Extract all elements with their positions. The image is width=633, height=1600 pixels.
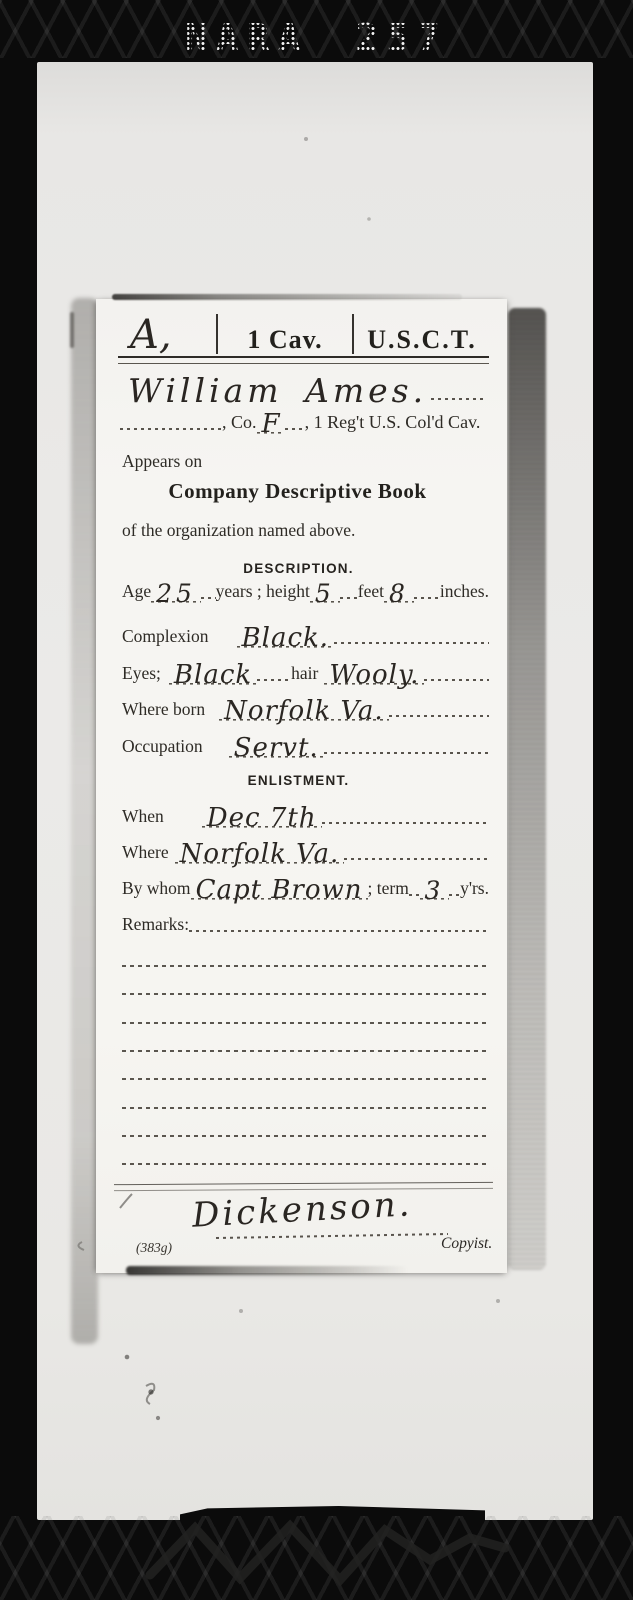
- enlist-by-whom-row: By whom Capt Brown ; term 3 y'rs.: [122, 865, 489, 903]
- card-header: A, 1 Cav. U.S.C.T.: [120, 307, 490, 355]
- age-height-row: Age 25 years ; height 5 feet 8 inches.: [122, 572, 489, 606]
- blank-remark-line: [122, 1050, 489, 1052]
- form-number: (383g): [136, 1240, 172, 1256]
- film-edge-pattern-bottom: [0, 1516, 633, 1600]
- where-label: Where: [122, 842, 169, 867]
- dotted-rule: [340, 597, 358, 599]
- dotted-rule: [389, 715, 489, 717]
- appears-on-label: Appears on: [122, 451, 202, 472]
- by-whom-value: Capt Brown: [191, 877, 368, 903]
- regiment-text: , 1 Reg't U.S. Col'd Cav.: [305, 412, 481, 437]
- eyes-label: Eyes;: [122, 663, 161, 688]
- by-whom-label: By whom: [122, 878, 191, 903]
- copyist-label: Copyist.: [441, 1235, 492, 1253]
- complexion-value: Black.: [237, 625, 335, 651]
- blank-remark-line: [122, 1135, 489, 1137]
- book-subtitle: of the organization named above.: [122, 520, 355, 541]
- where-value: Norfolk Va.: [175, 841, 345, 867]
- card-top-smudge: [112, 294, 462, 300]
- inches-label: inches.: [440, 581, 489, 606]
- where-born-row: Where born Norfolk Va.: [122, 686, 489, 724]
- copyist-signature: Dickenson.: [191, 1187, 413, 1232]
- record-card: A, 1 Cav. U.S.C.T. William Ames. , Co. F…: [96, 299, 507, 1273]
- signature-dotted-rule: [216, 1233, 448, 1239]
- book-title: Company Descriptive Book: [96, 479, 499, 504]
- soldier-name-line: William Ames.: [122, 361, 485, 407]
- page-shadow-left: [71, 298, 98, 1344]
- company-letter: A,: [120, 315, 216, 355]
- occupation-row: Occupation Servt.: [122, 723, 489, 761]
- eyes-value: Black: [169, 662, 257, 688]
- dotted-rule: [201, 597, 216, 599]
- unit-line: , Co. F , 1 Reg't U.S. Col'd Cav.: [120, 407, 489, 437]
- regiment-label: 1 Cav.: [218, 324, 352, 355]
- remarks-row: Remarks:: [122, 909, 489, 939]
- dotted-rule: [189, 930, 489, 932]
- where-born-label: Where born: [122, 699, 205, 724]
- term-unit-label: y'rs.: [460, 878, 489, 903]
- term-label: ; term: [368, 878, 409, 903]
- dotted-rule: [424, 679, 489, 681]
- dotted-rule: [322, 822, 489, 824]
- enlist-where-row: Where Norfolk Va.: [122, 829, 489, 867]
- blank-remark-line: [122, 1107, 489, 1109]
- dotted-rule: [285, 428, 305, 430]
- organization-label: U.S.C.T.: [354, 324, 490, 355]
- age-value: 25: [151, 581, 201, 606]
- dotted-rule: [409, 894, 420, 896]
- hair-value: Wooly.: [324, 662, 424, 688]
- eyes-hair-row: Eyes; Black hair Wooly.: [122, 650, 489, 688]
- card-edge-shadow: [70, 312, 74, 348]
- dotted-rule: [324, 752, 489, 754]
- dotted-rule: [431, 398, 485, 400]
- dotted-rule: [414, 597, 440, 599]
- feet-label: feet: [358, 581, 384, 606]
- remarks-label: Remarks:: [122, 914, 189, 939]
- dotted-rule: [257, 679, 291, 681]
- page-shadow-right: [508, 308, 546, 1270]
- blank-remark-line: [122, 1078, 489, 1080]
- when-label: When: [122, 806, 164, 831]
- where-born-value: Norfolk Va.: [219, 698, 389, 724]
- paper-specks: [0, 0, 2, 2]
- nara-frame-number: NARA 257: [185, 16, 448, 60]
- dotted-rule: [120, 428, 222, 430]
- height-inches-value: 8: [384, 581, 414, 606]
- blank-remark-line: [122, 1022, 489, 1024]
- microfilm-frame: NARA 257 A, 1 Cav. U.S.C.T. William Ames…: [0, 0, 633, 1600]
- dotted-rule: [334, 642, 489, 644]
- when-value: Dec 7th: [202, 805, 322, 831]
- occupation-value: Servt.: [229, 735, 324, 761]
- enlist-when-row: When Dec 7th: [122, 793, 489, 831]
- height-label: years ; height: [216, 581, 310, 606]
- hair-label: hair: [291, 663, 318, 688]
- height-feet-value: 5: [310, 581, 340, 606]
- blank-remark-line: [122, 965, 489, 967]
- company-value: F: [257, 411, 285, 437]
- blank-remark-line: [122, 1163, 489, 1165]
- age-label: Age: [122, 581, 151, 606]
- soldier-name: William Ames.: [122, 374, 431, 407]
- dotted-rule: [344, 858, 489, 860]
- dotted-rule: [449, 894, 460, 896]
- occupation-label: Occupation: [122, 736, 203, 761]
- blank-remark-line: [122, 993, 489, 995]
- complexion-label: Complexion: [122, 626, 209, 651]
- company-label: , Co.: [222, 412, 257, 437]
- card-bottom-smudge: [126, 1266, 408, 1275]
- term-value: 3: [420, 878, 450, 903]
- enlistment-heading: ENLISTMENT.: [96, 773, 501, 788]
- complexion-row: Complexion Black.: [122, 613, 489, 651]
